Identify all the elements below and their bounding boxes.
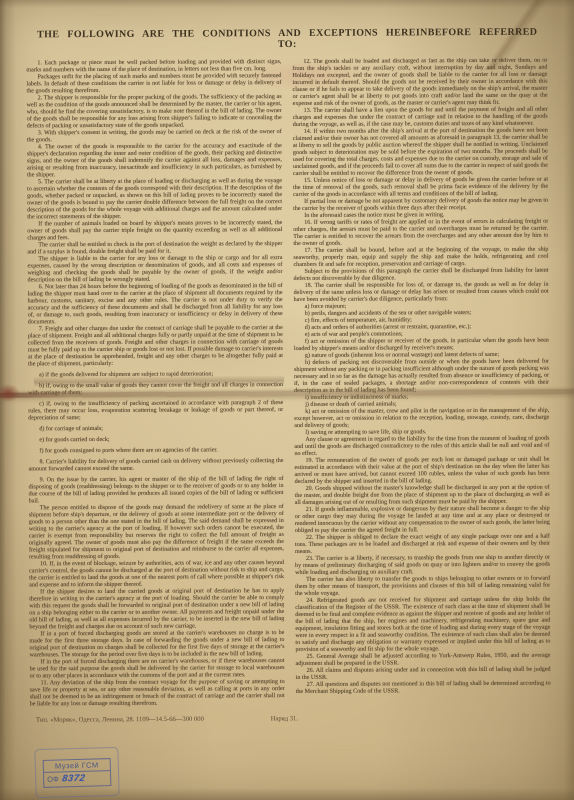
clause-paragraph: 24. Refrigerated goods are not received … [295, 597, 550, 654]
clause-paragraph: 22. The shipper is obliged to declare th… [295, 534, 550, 556]
museum-stamp-table: Музей ГСМ ОФ 8372 [43, 758, 112, 788]
clause-paragraph: 12. The goods shall be loaded and discha… [292, 58, 547, 108]
clause-paragraph: 4. The owner of the goods is responsible… [27, 143, 282, 179]
clause-paragraph: d) for carriage of animals; [28, 425, 283, 433]
imprint-press-info: Тип. «Моряк», Одесса, Ленина, 28. 1109—1… [36, 716, 204, 724]
clause-paragraph: If in a port of forced discharging goods… [29, 630, 284, 659]
scanned-document-page: THE FOLLOWING ARE THE CONDITIONS AND EXC… [0, 0, 574, 800]
clause-paragraph: 1. Each package or piece must be well pa… [26, 59, 281, 74]
clause-paragraph: If in the port of forced discharging the… [30, 658, 285, 680]
clause-paragraph: If the shipper desires to land the carri… [29, 588, 284, 631]
clause-paragraph: 2. The shipper is responsible for the pr… [27, 94, 282, 130]
text-column-right: 12. The goods shall be loaded and discha… [292, 58, 550, 711]
clause-paragraph: 3. With shipper's consent in writing, th… [27, 129, 282, 144]
museum-stamp-inventory-row: ОФ 8372 [44, 771, 110, 787]
page-title: THE FOLLOWING ARE THE CONDITIONS AND EXC… [26, 27, 548, 52]
fold-crease-stain [0, 384, 20, 402]
inventory-label: ОФ [47, 774, 59, 783]
clause-paragraph: 19. The remuneration of the owner of goo… [294, 457, 549, 486]
clause-paragraph: Any clause or agreement in regard to the… [294, 436, 549, 458]
ink-smudge [34, 375, 284, 387]
clause-paragraph: 20. Goods shipped without the master's k… [295, 485, 550, 507]
clause-paragraph: 26. All claims and disputes arising unde… [296, 667, 551, 682]
clause-paragraph: If partial loss or damage be not apparen… [293, 198, 548, 213]
clause-paragraph: Subject to the provisions of this paragr… [293, 268, 548, 283]
clause-paragraph: 21. If goods inflammable, explosive or d… [295, 506, 550, 535]
clause-paragraph: 10. If, in the event of blockage, seizur… [29, 560, 284, 589]
clause-paragraph: The shipper is liable to the carrier for… [27, 255, 282, 284]
clause-paragraph: 8. Carrier's liability for delivery of g… [28, 458, 283, 473]
clause-paragraph: f) act or omission of the shipper or rec… [294, 338, 549, 353]
clause-paragraph: 13. The carrier shall have a lien upon t… [293, 107, 548, 129]
clause-paragraph: 14. If within two months after the ship'… [293, 128, 548, 178]
clause-paragraph: e) for goods carried on deck; [28, 436, 283, 444]
clause-paragraph: The person entitled to dispose of the go… [29, 504, 284, 561]
clause-paragraph: f) for goods consigned to ports where th… [28, 447, 283, 455]
inventory-number-handwritten: 8372 [61, 772, 85, 784]
clause-paragraph: 15. Unless notice of loss or damage or d… [293, 177, 548, 199]
museum-stamp: Музей ГСМ ОФ 8372 [34, 747, 119, 798]
clause-paragraph: 23. The carrier is at liberty, if necess… [295, 555, 550, 577]
clause-paragraph: c) if, owing to the insufficiency of pac… [28, 400, 283, 422]
clause-paragraph: If the number of animals loaded on board… [27, 220, 282, 242]
clause-paragraph: The carrier shall be entitled to check i… [27, 241, 282, 256]
clause-paragraph: 5. The carrier shall be at liberty at th… [27, 178, 282, 221]
clause-paragraph: Packages unfit for the placing of such m… [26, 73, 281, 95]
printer-imprint: Тип. «Моряк», Одесса, Ленина, 28. 1109—1… [36, 715, 298, 723]
clause-paragraph: 16. If wrong tariffs or rates of freight… [293, 219, 548, 248]
clause-paragraph: The carrier has also liberty to transfer… [295, 576, 550, 598]
imprint-order-number: Наряд 31. [271, 715, 298, 722]
clause-paragraph: 18. The carrier shall be responsible for… [294, 282, 549, 304]
clause-paragraph: 6. Not later than 24 hours before the be… [28, 283, 283, 326]
clause-paragraph: 11. Any deviation of the ship from the c… [30, 679, 285, 708]
clause-paragraph: 25. General Average shall be adjusted ac… [295, 653, 550, 668]
clause-paragraph: 27. All questions and disputes not menti… [296, 681, 551, 696]
clause-paragraph: 17. The carrier shall be bound, before a… [293, 247, 548, 269]
text-block: THE FOLLOWING ARE THE CONDITIONS AND EXC… [26, 27, 552, 713]
clause-paragraph: 7. Freight and other charges due under t… [28, 325, 283, 368]
clause-paragraph: k) act or omission of the master, crew a… [294, 408, 549, 430]
clause-paragraph: 9. On the issue by the carrier, his agen… [29, 476, 284, 505]
